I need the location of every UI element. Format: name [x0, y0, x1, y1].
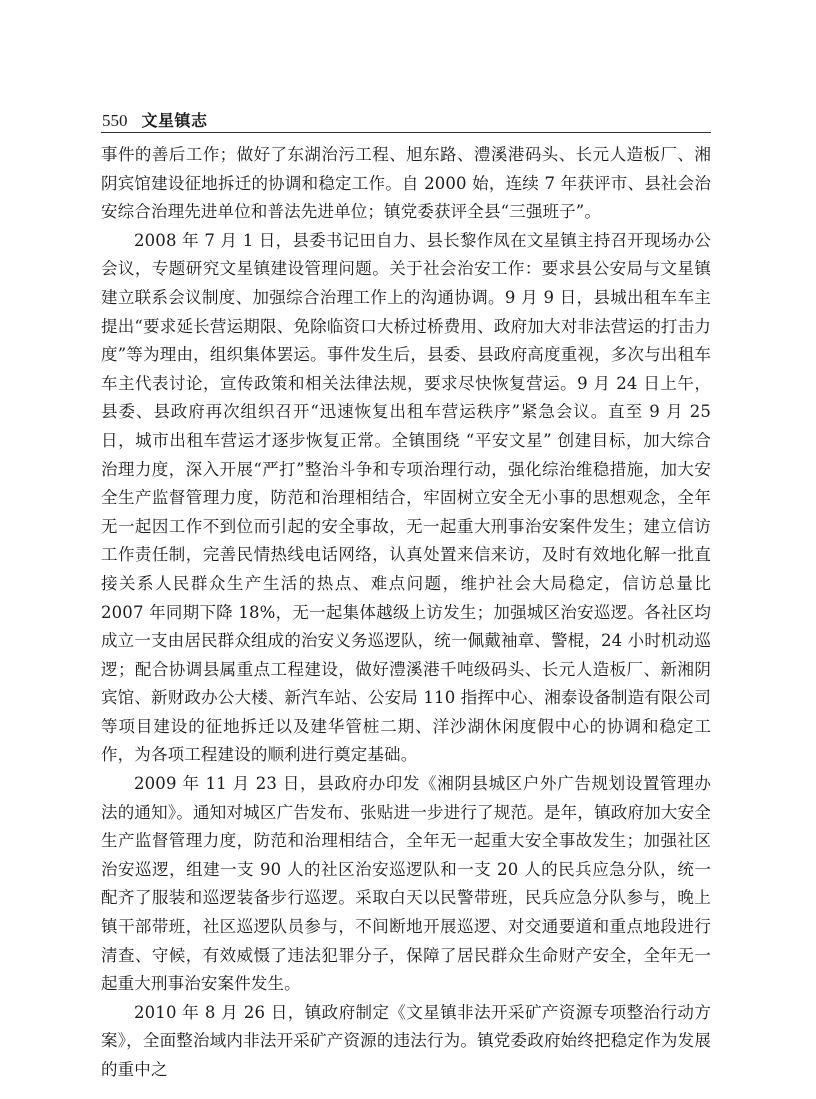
document-page: 550 文星镇志 事件的善后工作；做好了东湖治污工程、旭东路、澧溪港码头、长元人…: [101, 108, 711, 1085]
paragraph-2010: 2010 年 8 月 26 日，镇政府制定《文星镇非法开采矿产资源专项整治行动方…: [101, 999, 711, 1085]
page-number: 550: [102, 112, 128, 130]
paragraph-2009: 2009 年 11 月 23 日，县政府办印发《湘阴县城区户外广告规划设置管理办…: [101, 770, 711, 999]
paragraph-2008: 2008 年 7 月 1 日，县委书记田自力、县长黎作凤在文星镇主持召开现场办公…: [101, 227, 711, 770]
body-text: 事件的善后工作；做好了东湖治污工程、旭东路、澧溪港码头、长元人造板厂、湘阴宾馆建…: [101, 141, 711, 1085]
book-title: 文星镇志: [142, 112, 208, 130]
paragraph-continued: 事件的善后工作；做好了东湖治污工程、旭东路、澧溪港码头、长元人造板厂、湘阴宾馆建…: [101, 141, 711, 227]
running-head: 550 文星镇志: [101, 108, 711, 133]
